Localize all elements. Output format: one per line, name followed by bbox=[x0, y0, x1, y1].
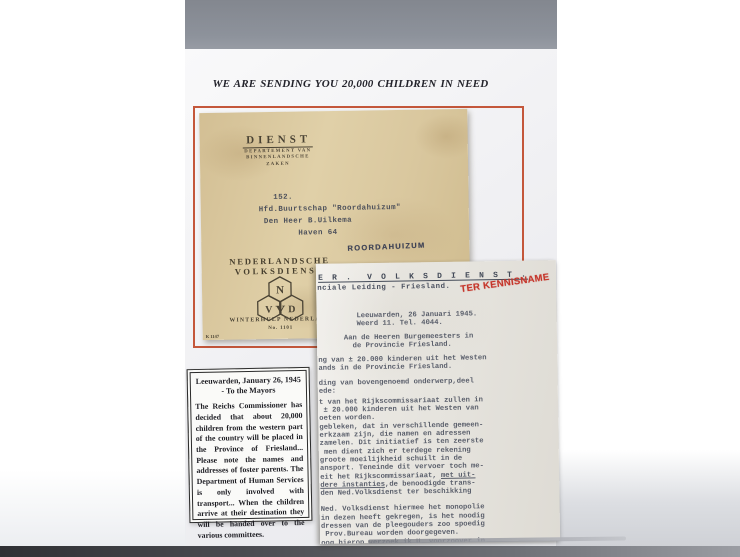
table-surface-top bbox=[185, 0, 557, 51]
table-surface-bottom bbox=[0, 546, 740, 557]
print-code: K 1147 bbox=[206, 334, 219, 339]
caption-date: Leeuwarden, January 26, 1945 bbox=[195, 375, 302, 387]
nvd-logo-icon: N Y V D bbox=[255, 275, 306, 322]
exhibit-title: WE ARE SENDING YOU 20,000 CHILDREN IN NE… bbox=[193, 78, 508, 90]
letter-paragraph: ding van bovengenoemd onderwerp,deelede: bbox=[319, 376, 558, 396]
arrival-postmark: ROORDAHUIZUM bbox=[347, 241, 425, 253]
letter-body: Leeuwarden, 26 Januari 1945. Weerd 11. T… bbox=[318, 309, 561, 544]
address-line: Haven 64 bbox=[259, 226, 401, 240]
dienst-label: DIENST bbox=[242, 133, 313, 148]
letter-paragraph: Leeuwarden, 26 Januari 1945. Weerd 11. T… bbox=[318, 309, 557, 329]
letter-paragraph: Aan de Heeren Burgemeesters in de Provin… bbox=[318, 331, 557, 351]
letter-paragraph: t van het Rijkscommissariaat zullen in ±… bbox=[319, 395, 560, 498]
logo-letter-n: N bbox=[276, 284, 284, 296]
logo-letter-d: D bbox=[288, 304, 295, 315]
caption-card: Leeuwarden, January 26, 1945 - To the Ma… bbox=[187, 367, 313, 523]
page-shading-left bbox=[0, 470, 186, 546]
photo-of-exhibit-page: WE ARE SENDING YOU 20,000 CHILDREN IN NE… bbox=[0, 0, 740, 557]
address-line: Hfd.Buurtschap "Roordahuizum" bbox=[259, 202, 401, 216]
envelope-address-block: 152.Hfd.Buurtschap "Roordahuizum" Den He… bbox=[258, 190, 401, 240]
caption-body: The Reichs Commissioner has decided that… bbox=[195, 400, 305, 541]
envelope-department-lines: DEPARTEMENT VANBINNENLANDSCHEZAKEN bbox=[208, 148, 348, 169]
page-shading-right bbox=[556, 450, 740, 546]
logo-letter-v: V bbox=[265, 304, 273, 315]
letter-subheader: nciale Leiding - Friesland. bbox=[317, 283, 450, 293]
typed-letter: E R . V O L K S D I E N S T . nciale Lei… bbox=[316, 260, 560, 544]
letter-paragraph: ng van ± 20.000 kinderen uit het Westena… bbox=[318, 353, 557, 373]
department-line: ZAKEN bbox=[208, 161, 348, 170]
envelope-service-heading: DIENST bbox=[208, 129, 348, 149]
